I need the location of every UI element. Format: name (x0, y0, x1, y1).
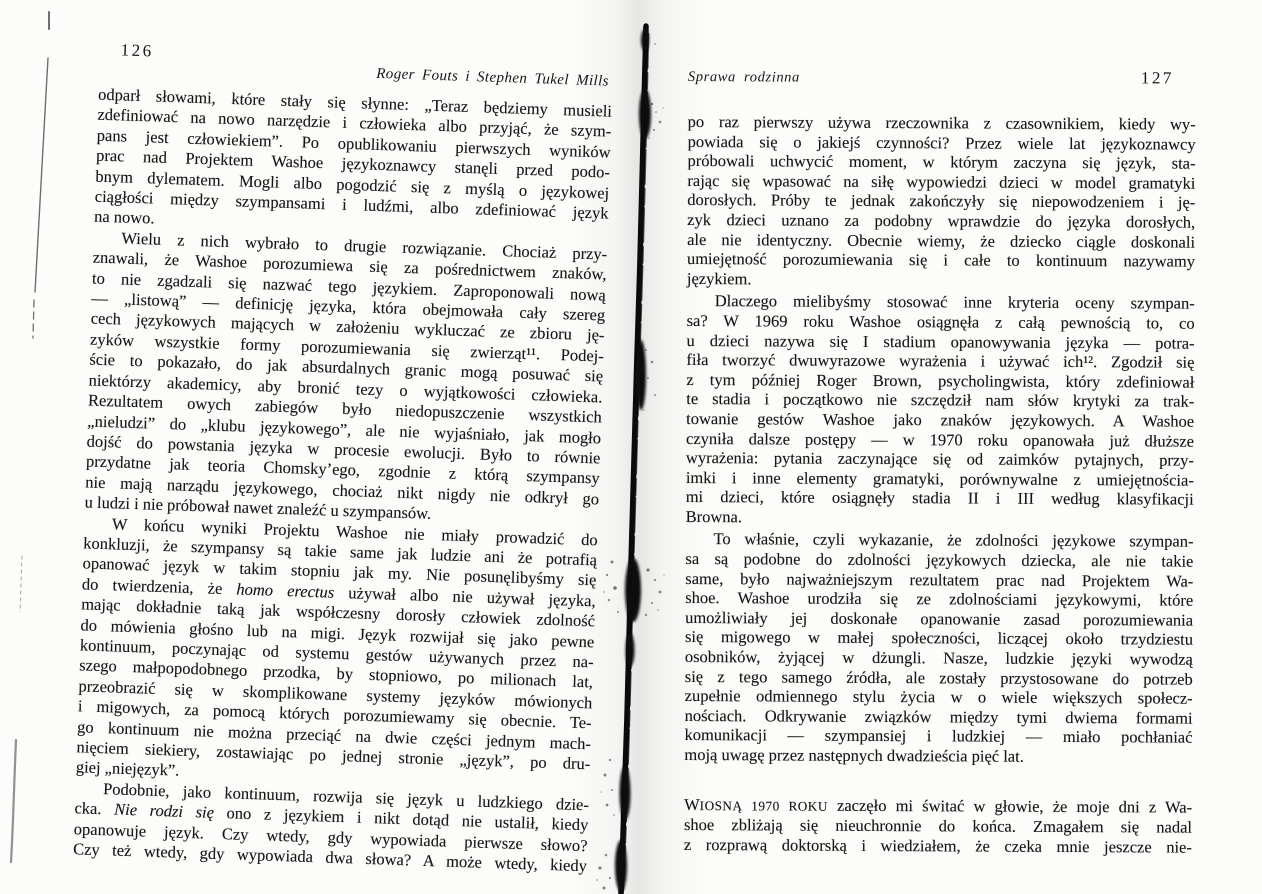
text-line: zupełnie odmiennego stylu życia w o wiel… (685, 686, 1193, 708)
text-line: umiejętność porozumiewania się i całe to… (687, 249, 1195, 271)
paragraph: To właśnie, czyli wykazanie, że zdolnośc… (684, 529, 1193, 767)
text-line: same, było najważniejszym rezultatem pra… (685, 569, 1193, 591)
text-line: po raz pierwszy używa rzeczownika z czas… (688, 112, 1196, 134)
text-line: te stadia i początkowo nie szczędził nam… (686, 389, 1194, 411)
text-segment: zaczęło mi świtać w głowie, że moje dni … (828, 795, 1192, 816)
text-line: powiada się o jakiejś czynności? Przez w… (688, 132, 1196, 154)
text-segment: cka. (74, 798, 114, 818)
text-line: nościach. Odkrywanie związków między tym… (685, 706, 1193, 728)
text-line: sa są podobne do zdolności językowych dz… (685, 549, 1193, 571)
text-line: shoe zbliżają się nieuchronnie do końca.… (684, 815, 1192, 837)
paragraph: Podobnie, jako kontinuum, rozwija się ję… (73, 778, 589, 877)
text-line: się migowego w małej społeczności, liczą… (685, 627, 1193, 649)
text-line: mi dzieci, które osiągnęły stadia II i I… (686, 487, 1194, 509)
text-line: u dzieci nazywa się I stadium opanowywan… (687, 331, 1195, 353)
text-segment: IOSNĄ 1970 ROKU (700, 798, 828, 814)
text-line: rając się wpasować na siłę wypowiedzi dz… (687, 171, 1195, 193)
text-line: dorosłych. Próby te jednak zakończyły si… (687, 190, 1195, 212)
page-edge-line (11, 12, 49, 862)
running-header-right: Sprawa rodzinna (688, 69, 800, 87)
book-spine-shadow (615, 26, 651, 894)
paragraph: odparł słowami, które stały się słynne: … (94, 85, 612, 245)
text-line: osobników, żyjącej w dżungli. Nasze, lud… (685, 647, 1193, 669)
paragraph: W końcu wyniki Projektu Washoe nie miały… (76, 513, 599, 795)
text-segment: Nie rodzi się (114, 800, 214, 822)
text-line: zyk dzieci uznano za podobny wprawdzie d… (687, 210, 1195, 232)
right-page: Sprawa rodzinna 127 po raz pierwszy używ… (684, 66, 1196, 857)
text-line: umożliwiały jej doskonałe opanowanie zas… (685, 608, 1193, 630)
right-page-header: Sprawa rodzinna 127 (688, 66, 1196, 89)
left-page-header: 126 Roger Fouts i Stephen Tukel Mills (99, 40, 614, 91)
text-line: próbowali uchwycić moment, w którym zacz… (687, 151, 1195, 173)
text-line: Browna. (686, 507, 1194, 529)
text-segment: W (684, 795, 700, 814)
text-line: moją uwagę przez następnych dwadzieścia … (684, 745, 1192, 767)
text-line: shoe. Washoe urodziła się ze zdolnościam… (685, 588, 1193, 610)
text-line: ale nie identyczny. Obecnie wiemy, że dz… (687, 230, 1195, 252)
book-scan: 126 Roger Fouts i Stephen Tukel Mills od… (0, 0, 1262, 894)
text-line: imki i inne elementy gramatyki, porównyw… (686, 468, 1194, 490)
paragraph: po raz pierwszy używa rzeczownika z czas… (687, 112, 1196, 291)
text-line: Dlaczego mielibyśmy stosować inne kryter… (687, 291, 1195, 313)
text-line: WIOSNĄ 1970 ROKU zaczęło mi świtać w gło… (684, 795, 1192, 818)
paragraph: WIOSNĄ 1970 ROKU zaczęło mi świtać w gło… (684, 795, 1192, 857)
text-line: z tym później Roger Brown, psycholingwis… (686, 370, 1194, 392)
left-page-body: odparł słowami, które stały się słynne: … (73, 85, 612, 877)
text-line: sa? W 1969 roku Washoe osiągnęła z całą … (687, 311, 1195, 333)
paragraph: Dlaczego mielibyśmy stosować inne kryter… (686, 291, 1195, 529)
text-line: wyrażenia: pytania zaczynające się od za… (686, 448, 1194, 470)
text-line: To właśnie, czyli wykazanie, że zdolnośc… (685, 529, 1193, 551)
text-line: z rozprawą doktorską i wiedziałem, że cz… (684, 835, 1192, 857)
text-line: towanie gestów Washoe jako znaków języko… (686, 409, 1194, 431)
text-line: czyniła dalsze postępy — w 1970 roku opa… (686, 428, 1194, 450)
text-line: się z tego samego źródła, ale zostały pr… (685, 667, 1193, 689)
text-line: komunikacji — szympansiej i ludzkiej — m… (684, 725, 1192, 747)
text-line: językiem. (687, 269, 1195, 291)
page-number-right: 127 (1141, 68, 1196, 88)
right-page-body: po raz pierwszy używa rzeczownika z czas… (684, 112, 1196, 857)
left-page: 126 Roger Fouts i Stephen Tukel Mills od… (73, 40, 614, 877)
text-line: fiła tworzyć dwuwyrazowe wyrażenia i uży… (686, 350, 1194, 372)
text-segment: homo erectus (236, 579, 334, 601)
paragraph: Wielu z nich wybrało to drugie rozwiązan… (84, 227, 607, 530)
